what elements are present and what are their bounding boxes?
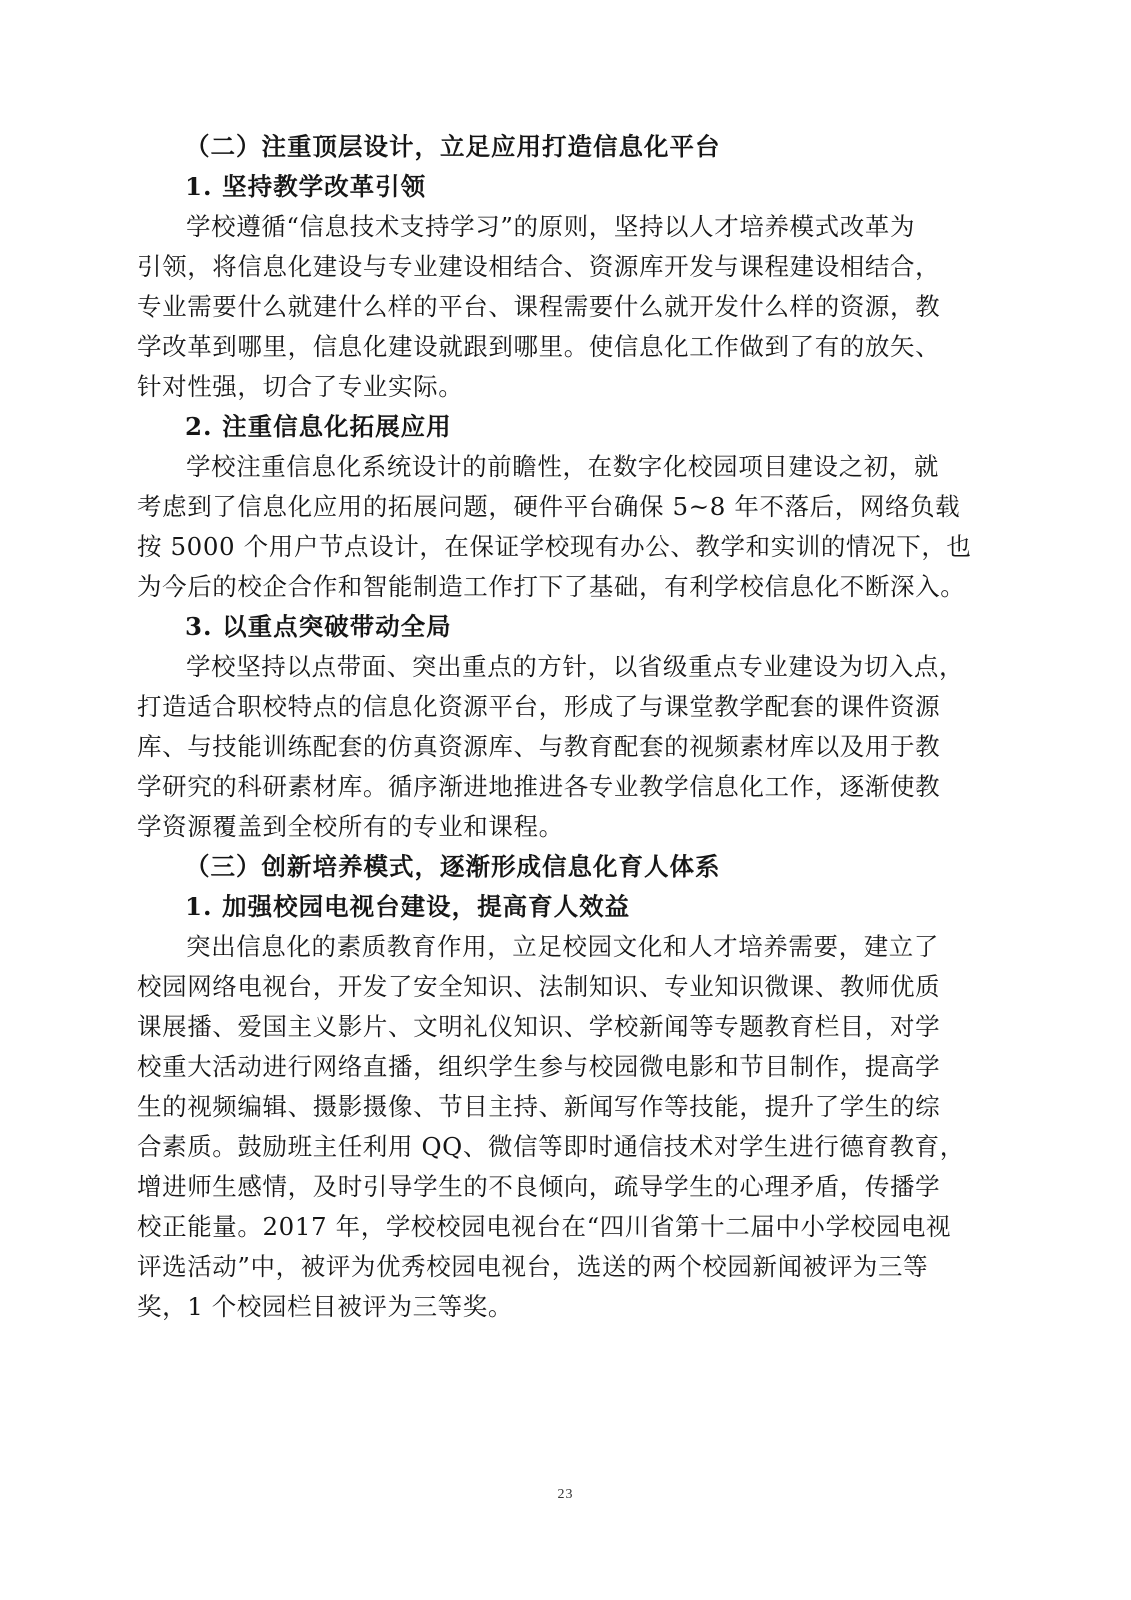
text-line: 校园网络电视台，开发了安全知识、法制知识、专业知识微课、教师优质 [137,967,987,1007]
page-number: 23 [0,1487,1131,1503]
paragraph-breakthrough: 学校坚持以点带面、突出重点的方针，以省级重点专业建设为切入点， 打造适合职校特点… [137,647,987,847]
text-line: 学校坚持以点带面、突出重点的方针，以省级重点专业建设为切入点， [137,647,987,687]
paragraph-campus-tv: 突出信息化的素质教育作用，立足校园文化和人才培养需要，建立了 校园网络电视台，开… [137,927,987,1327]
text-line: 学改革到哪里，信息化建设就跟到哪里。使信息化工作做到了有的放矢、 [137,327,987,367]
sub-heading-expansion: 2. 注重信息化拓展应用 [137,407,987,447]
text-line: 合素质。鼓励班主任利用 QQ、微信等即时通信技术对学生进行德育教育， [137,1127,987,1167]
document-page: （二）注重顶层设计，立足应用打造信息化平台 1. 坚持教学改革引领 学校遵循“信… [137,127,987,1327]
text-line: 评选活动”中，被评为优秀校园电视台，选送的两个校园新闻被评为三等 [137,1247,987,1287]
paragraph-expansion: 学校注重信息化系统设计的前瞻性，在数字化校园项目建设之初，就 考虑到了信息化应用… [137,447,987,607]
text-line: 增进师生感情，及时引导学生的不良倾向，疏导学生的心理矛盾，传播学 [137,1167,987,1207]
text-line: 引领，将信息化建设与专业建设相结合、资源库开发与课程建设相结合， [137,247,987,287]
text-line: 突出信息化的素质教育作用，立足校园文化和人才培养需要，建立了 [137,927,987,967]
text-line: 针对性强，切合了专业实际。 [137,367,987,407]
text-line: 专业需要什么就建什么样的平台、课程需要什么就开发什么样的资源，教 [137,287,987,327]
text-line: 学研究的科研素材库。循序渐进地推进各专业教学信息化工作，逐渐使教 [137,767,987,807]
sub-heading-breakthrough: 3. 以重点突破带动全局 [137,607,987,647]
text-line: 校正能量。2017 年，学校校园电视台在“四川省第十二届中小学校园电视 [137,1207,987,1247]
text-line: 学校遵循“信息技术支持学习”的原则，坚持以人才培养模式改革为 [137,207,987,247]
text-line: 学资源覆盖到全校所有的专业和课程。 [137,807,987,847]
text-line: 库、与技能训练配套的仿真资源库、与教育配套的视频素材库以及用于教 [137,727,987,767]
sub-heading-teaching-reform: 1. 坚持教学改革引领 [137,167,987,207]
section-heading-3: （三）创新培养模式，逐渐形成信息化育人体系 [137,847,987,887]
text-line: 打造适合职校特点的信息化资源平台，形成了与课堂教学配套的课件资源 [137,687,987,727]
sub-heading-campus-tv: 1. 加强校园电视台建设，提高育人效益 [137,887,987,927]
text-line: 学校注重信息化系统设计的前瞻性，在数字化校园项目建设之初，就 [137,447,987,487]
text-line: 按 5000 个用户节点设计，在保证学校现有办公、教学和实训的情况下，也 [137,527,987,567]
paragraph-teaching-reform: 学校遵循“信息技术支持学习”的原则，坚持以人才培养模式改革为 引领，将信息化建设… [137,207,987,407]
text-line: 课展播、爱国主义影片、文明礼仪知识、学校新闻等专题教育栏目，对学 [137,1007,987,1047]
text-line: 考虑到了信息化应用的拓展问题，硬件平台确保 5~8 年不落后，网络负载 [137,487,987,527]
text-line: 为今后的校企合作和智能制造工作打下了基础，有利学校信息化不断深入。 [137,567,987,607]
text-line: 奖，1 个校园栏目被评为三等奖。 [137,1287,987,1327]
text-line: 校重大活动进行网络直播，组织学生参与校园微电影和节目制作，提高学 [137,1047,987,1087]
section-heading-2: （二）注重顶层设计，立足应用打造信息化平台 [137,127,987,167]
text-line: 生的视频编辑、摄影摄像、节目主持、新闻写作等技能，提升了学生的综 [137,1087,987,1127]
